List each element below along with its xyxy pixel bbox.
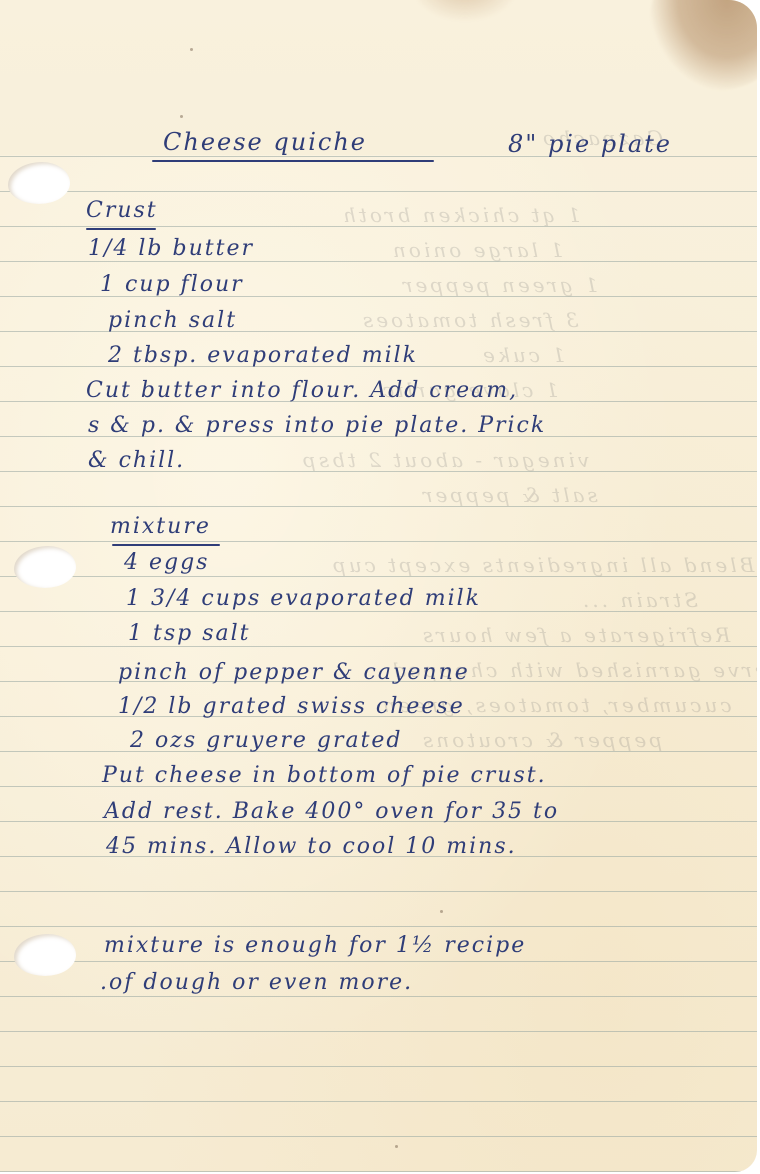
mixture-ingredient: 1/2 lb grated swiss cheese (118, 696, 465, 718)
speck (190, 48, 193, 51)
mixture-underline (112, 544, 220, 546)
punch-hole-middle (14, 546, 76, 588)
mixture-heading: mixture (110, 516, 211, 538)
speck (440, 910, 443, 913)
speck (180, 115, 183, 118)
mixture-ingredient: 1 3/4 cups evaporated milk (126, 588, 481, 610)
mixture-ingredient: 1 tsp salt (128, 623, 250, 645)
mixture-ingredient: 2 ozs gruyere grated (130, 730, 403, 752)
bleed-through-line: Refrigerate a few hours (420, 625, 730, 645)
note-line: mixture is enough for 1½ recipe (104, 935, 526, 957)
bleed-through-line: 1 green pepper (400, 275, 598, 295)
note-line: .of dough or even more. (100, 972, 413, 994)
bleed-through-line: Strain ... (580, 590, 698, 610)
crust-instruction: s & p. & press into pie plate. Prick (88, 415, 546, 437)
mixture-instruction: Put cheese in bottom of pie crust. (102, 765, 547, 787)
mixture-instruction: Add rest. Bake 400° oven for 35 to (104, 801, 559, 823)
crust-ingredient: 2 tbsp. evaporated milk (108, 345, 418, 367)
bleed-through-line: pepper & croutons (420, 730, 662, 750)
crust-ingredient: pinch salt (108, 310, 237, 332)
mixture-instruction: 45 mins. Allow to cool 10 mins. (106, 836, 517, 858)
recipe-card: Gazpacho 1 qt chicken broth 1 large onio… (0, 0, 757, 1172)
pie-plate-size: 8" pie plate (508, 132, 672, 156)
crust-instruction: Cut butter into flour. Add cream, (86, 380, 518, 402)
bleed-through-line: 1 large onion (390, 240, 563, 260)
bleed-through-line: 1 qt chicken broth (340, 205, 580, 225)
crust-instruction: & chill. (88, 450, 185, 472)
mixture-ingredient: 4 eggs (124, 552, 209, 574)
bleed-through-line: Blend all ingredients except cup (330, 555, 754, 575)
crust-ingredient: 1 cup flour (100, 274, 244, 296)
bleed-through-line: 3 fresh tomatoes (360, 310, 579, 330)
bleed-through-line: salt & pepper (420, 485, 598, 505)
crust-heading: Crust (86, 200, 158, 222)
recipe-title: Cheese quiche (163, 130, 367, 154)
mixture-ingredient: pinch of pepper & cayenne (118, 662, 470, 684)
bleed-through-line: 1 cuke (480, 345, 565, 365)
title-underline (152, 160, 434, 162)
punch-hole-top (8, 162, 70, 204)
punch-hole-bottom (14, 934, 76, 976)
crust-ingredient: 1/4 lb butter (88, 238, 254, 260)
speck (395, 1145, 398, 1148)
crust-underline (86, 228, 156, 230)
bleed-through-line: vinegar - about 2 tbsp (300, 450, 589, 470)
